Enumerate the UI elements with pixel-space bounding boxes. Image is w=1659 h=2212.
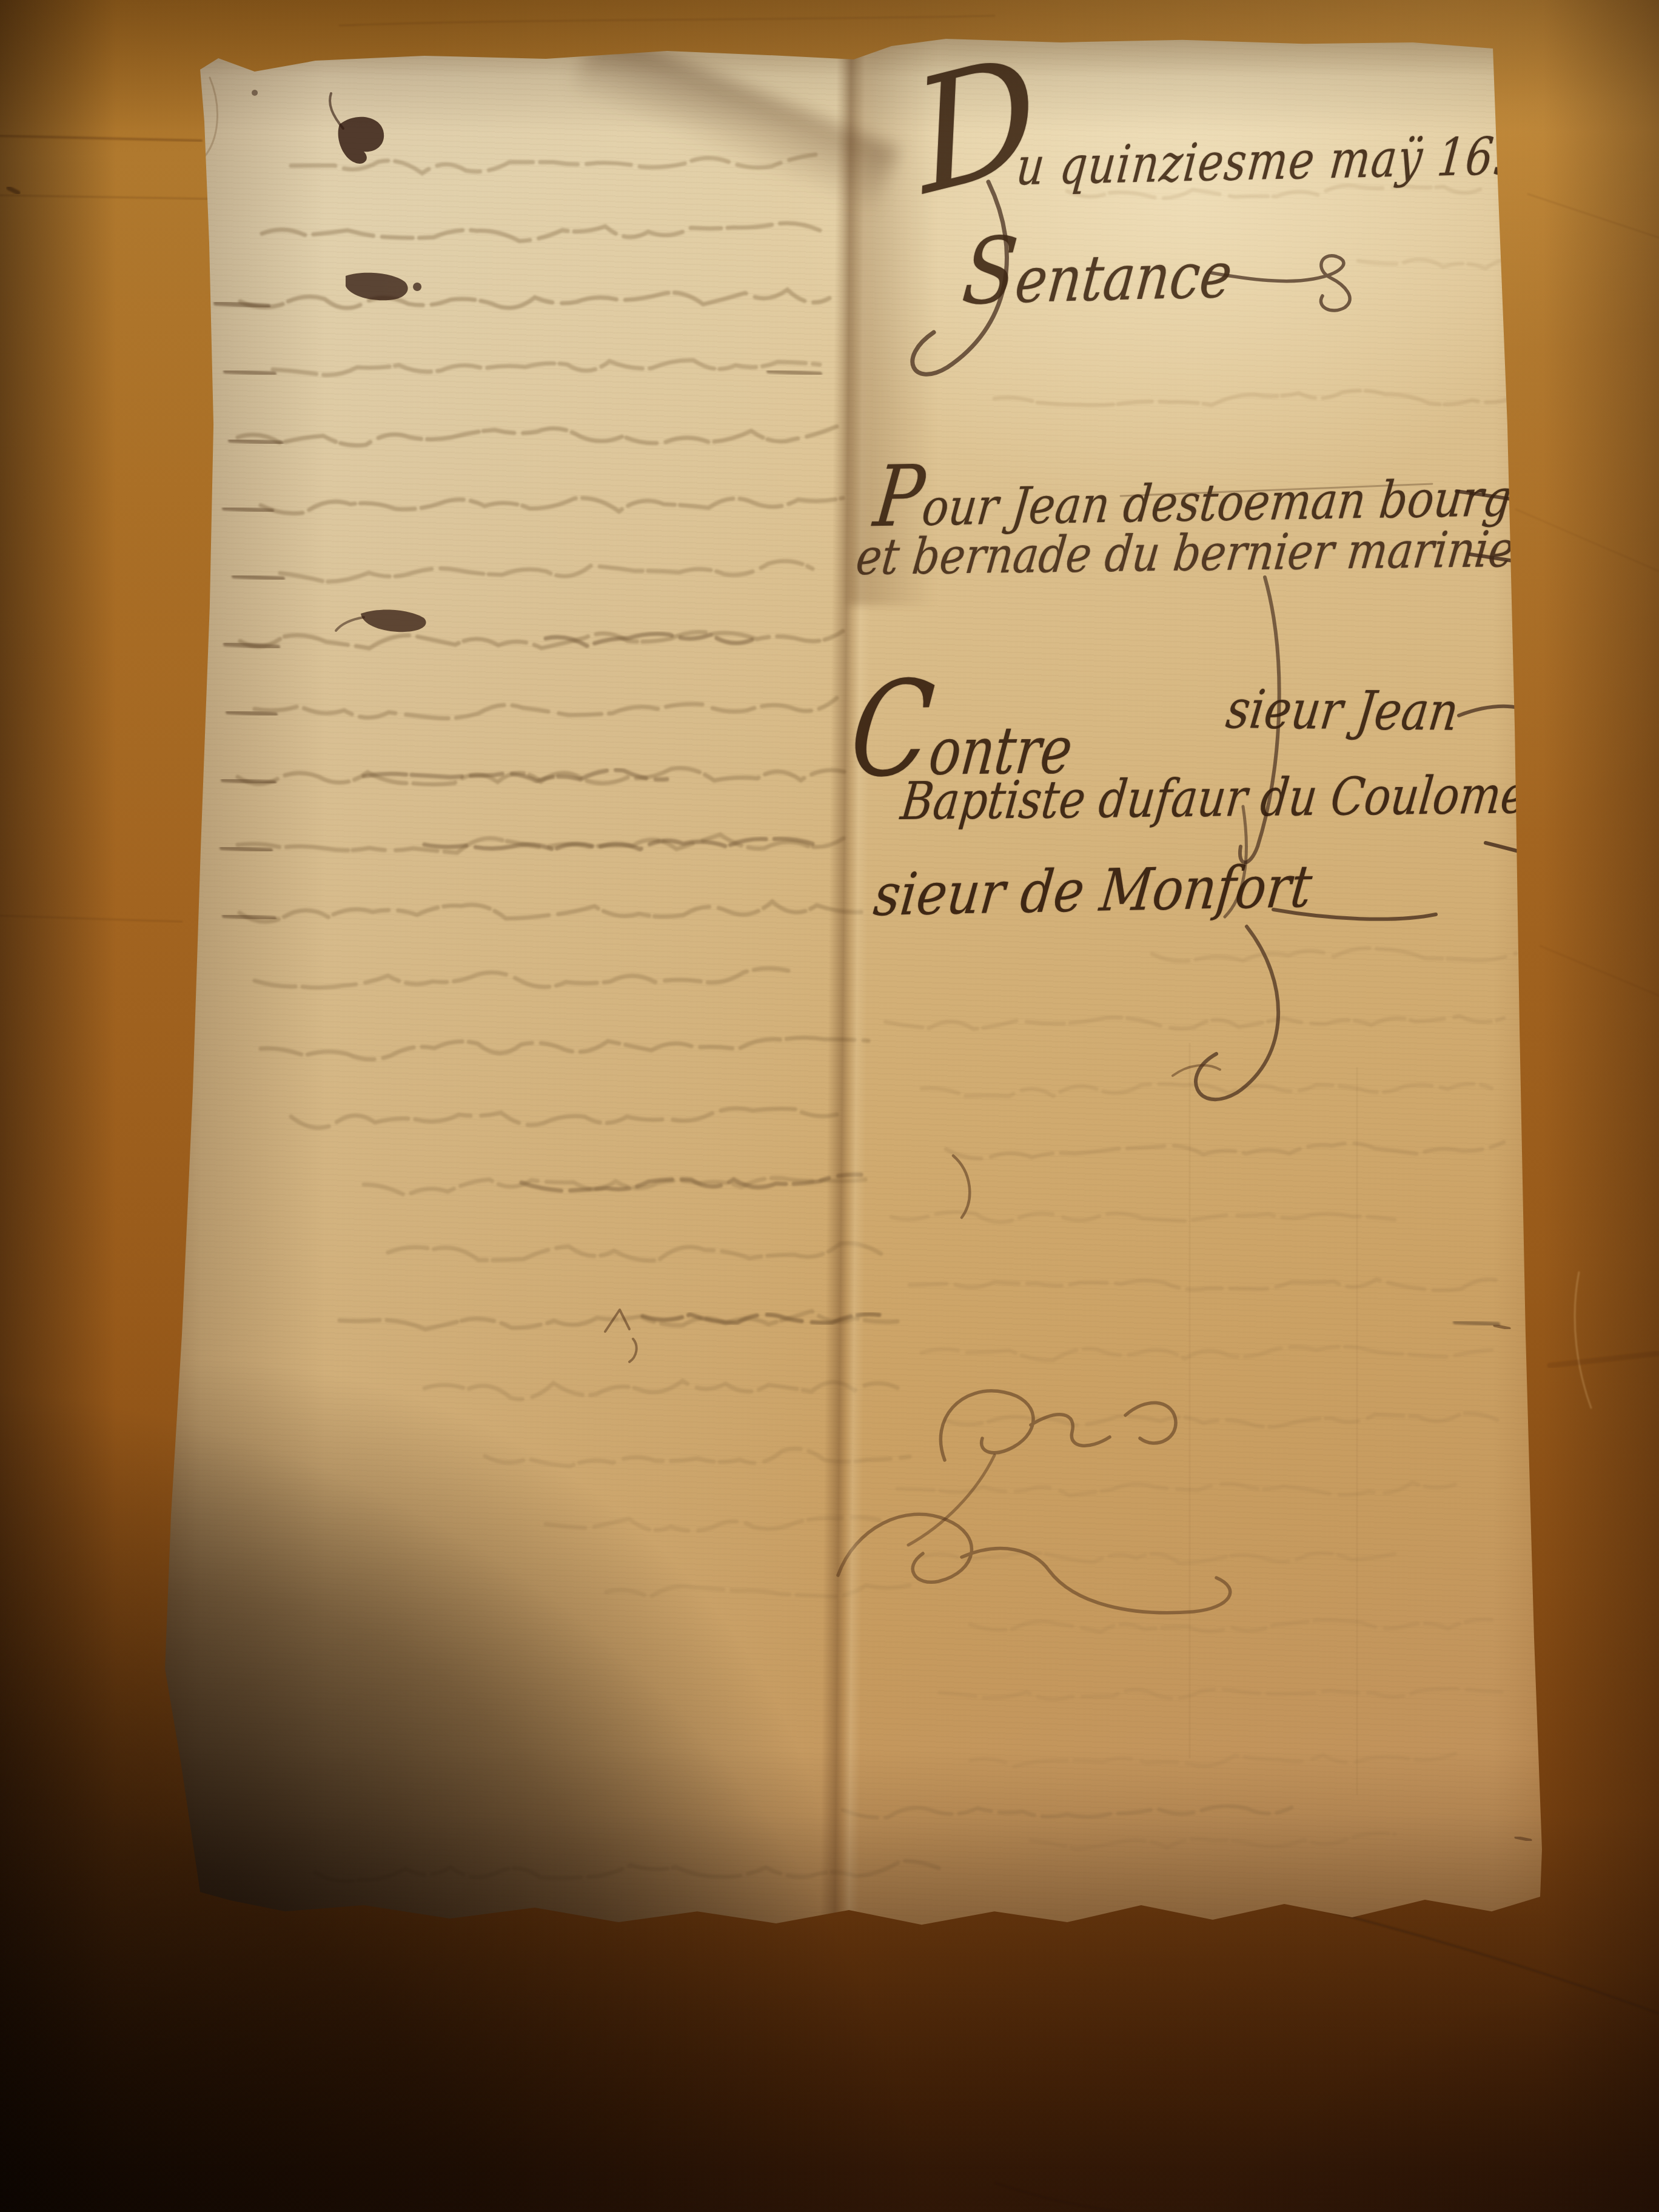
manuscript-bifolium: D u quinziesme maÿ 1698 Sentance Pour Je… <box>159 35 1549 1939</box>
photo-of-manuscript: D u quinziesme maÿ 1698 Sentance Pour Je… <box>0 0 1659 2212</box>
paper-shadow-overlay <box>159 35 1549 1939</box>
